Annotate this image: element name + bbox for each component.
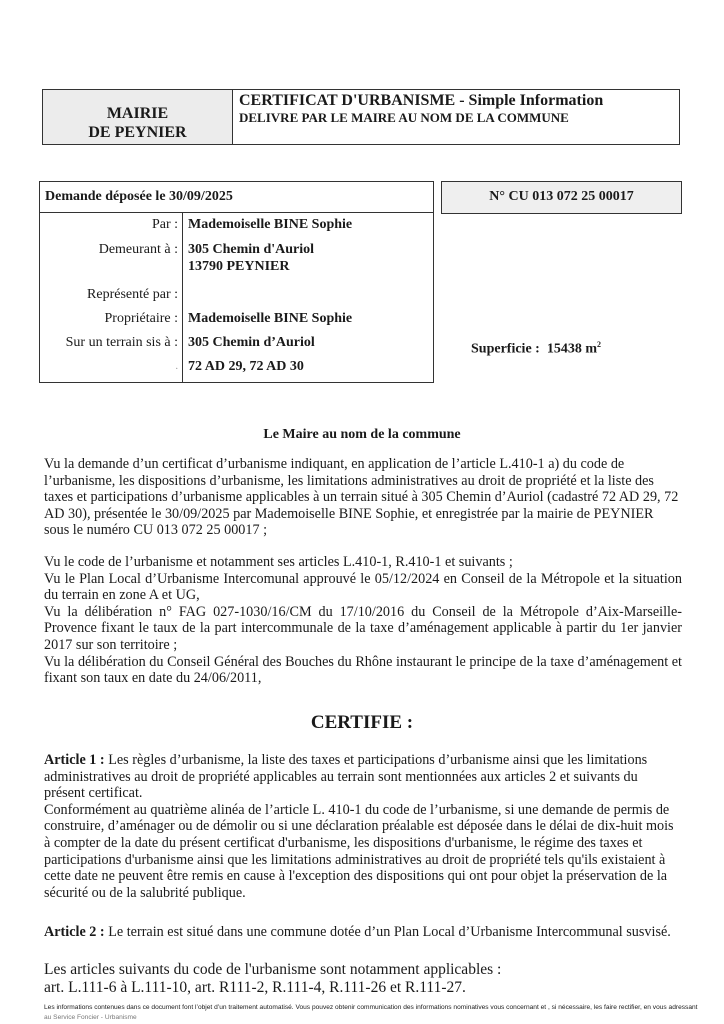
- value-represente: [188, 283, 433, 307]
- superficie: Superficie : 15438 m2: [471, 340, 601, 358]
- article-1-text: Les règles d’urbanisme, la liste des tax…: [44, 752, 647, 801]
- document-title: CERTIFICAT D'URBANISME - Simple Informat…: [239, 92, 603, 110]
- maire-heading: Le Maire au nom de la commune: [0, 427, 724, 443]
- mairie-cell: MAIRIE DE PEYNIER: [43, 90, 233, 144]
- address-line2: 13790 PEYNIER: [188, 258, 433, 275]
- label-demeurant: Demeurant à :: [40, 237, 178, 283]
- article-1-text2: Conformément au quatrième alinéa de l’ar…: [44, 802, 682, 902]
- vu-demande-paragraph: Vu la demande d’un certificat d’urbanism…: [44, 456, 682, 539]
- value-terrain: 305 Chemin d’Auriol: [188, 331, 433, 355]
- label-par: Par :: [40, 213, 178, 237]
- document-subtitle: DELIVRE PAR LE MAIRE AU NOM DE LA COMMUN…: [239, 110, 603, 126]
- label-proprietaire: Propriétaire :: [40, 307, 178, 331]
- superficie-unit: 2: [597, 340, 601, 349]
- applicable-articles: Les articles suivants du code de l'urban…: [44, 961, 682, 997]
- article-2: Article 2 : Le terrain est situé dans un…: [44, 924, 682, 941]
- request-box: Demande déposée le 30/09/2025 Par : Deme…: [39, 181, 434, 383]
- mairie-line1: MAIRIE: [107, 104, 168, 123]
- mairie-line2: DE PEYNIER: [88, 123, 186, 142]
- superficie-label: Superficie :: [471, 342, 540, 357]
- request-heading: Demande déposée le 30/09/2025: [40, 182, 433, 213]
- vu-item: Vu le Plan Local d’Urbanisme Intercomuna…: [44, 571, 682, 604]
- cu-number: N° CU 013 072 25 00017: [441, 181, 682, 214]
- value-cadastre: 72 AD 29, 72 AD 30: [188, 355, 433, 379]
- value-par: Mademoiselle BINE Sophie: [188, 213, 433, 237]
- footer-notice: Les informations contenues dans ce docum…: [44, 1003, 724, 1012]
- request-fields: Par : Demeurant à : Représenté par : Pro…: [40, 213, 433, 383]
- vu-item: Vu la délibération du Conseil Général de…: [44, 654, 682, 687]
- label-cadastre: .: [40, 355, 178, 379]
- value-proprietaire: Mademoiselle BINE Sophie: [188, 307, 433, 331]
- label-represente: Représenté par :: [40, 283, 178, 307]
- request-values: Mademoiselle BINE Sophie 305 Chemin d'Au…: [183, 213, 433, 383]
- value-demeurant: 305 Chemin d'Auriol 13790 PEYNIER: [188, 237, 433, 283]
- label-terrain: Sur un terrain sis à :: [40, 331, 178, 355]
- article-1-label: Article 1 :: [44, 752, 105, 768]
- vu-item: Vu le code de l’urbanisme et notamment s…: [44, 554, 682, 571]
- document-header: MAIRIE DE PEYNIER CERTIFICAT D'URBANISME…: [42, 89, 680, 145]
- vu-list: Vu le code de l’urbanisme et notamment s…: [44, 554, 682, 687]
- footer-notice-line2: au Service Foncier - Urbanisme: [44, 1013, 724, 1022]
- article-1: Article 1 : Les règles d’urbanisme, la l…: [44, 752, 682, 901]
- superficie-value: 15438 m: [547, 342, 597, 357]
- certifie-heading: CERTIFIE :: [0, 712, 724, 734]
- article-2-label: Article 2 :: [44, 924, 105, 940]
- title-cell: CERTIFICAT D'URBANISME - Simple Informat…: [233, 90, 609, 144]
- address-line1: 305 Chemin d'Auriol: [188, 241, 433, 258]
- vu-item: Vu la délibération n° FAG 027-1030/16/CM…: [44, 604, 682, 654]
- applicable-articles-intro: Les articles suivants du code de l'urban…: [44, 961, 682, 979]
- article-2-text: Le terrain est situé dans une commune do…: [105, 924, 671, 940]
- request-labels: Par : Demeurant à : Représenté par : Pro…: [40, 213, 183, 383]
- applicable-articles-list: art. L.111-6 à L.111-10, art. R111-2, R.…: [44, 979, 682, 997]
